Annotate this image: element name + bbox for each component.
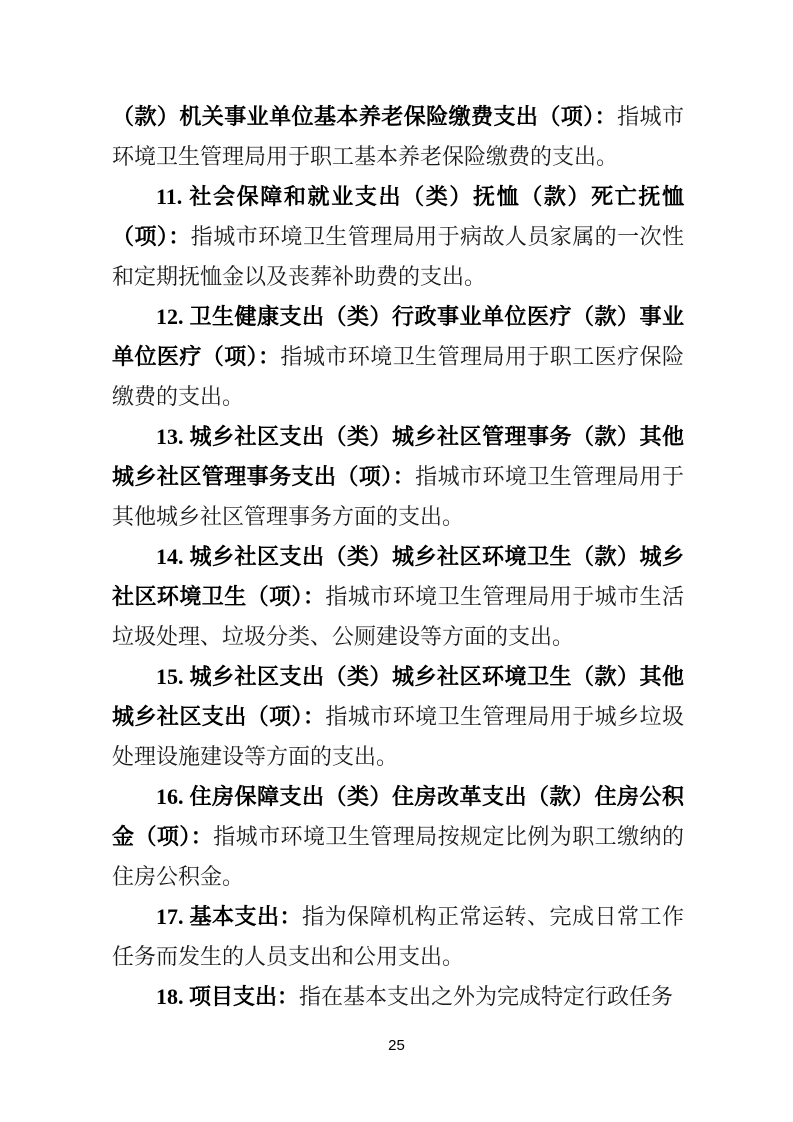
budget-term-18: 18. 项目支出： — [156, 984, 299, 1009]
budget-term-pension: （款）机关事业单位基本养老保险缴费支出（项）： — [112, 104, 617, 129]
page-number: 25 — [0, 1036, 793, 1056]
document-page: （款）机关事业单位基本养老保险缴费支出（项）：指城市环境卫生管理局用于职工基本养… — [0, 0, 793, 1122]
paragraph-item-16: 16. 住房保障支出（类）住房改革支出（款）住房公积金（项）：指城市环境卫生管理… — [112, 777, 684, 897]
budget-definition-18: 指在基本支出之外为完成特定行政任务 — [299, 984, 673, 1009]
paragraph-item-11: 11. 社会保障和就业支出（类）抚恤（款）死亡抚恤（项）：指城市环境卫生管理局用… — [112, 177, 684, 297]
budget-definition-11: 指城市环境卫生管理局用于病故人员家属的一次性和定期抚恤金以及丧葬补助费的支出。 — [112, 224, 684, 289]
paragraph-item-18: 18. 项目支出：指在基本支出之外为完成特定行政任务 — [112, 977, 684, 1017]
paragraph-item-14: 14. 城乡社区支出（类）城乡社区环境卫生（款）城乡社区环境卫生（项）：指城市环… — [112, 537, 684, 657]
paragraph-item-15: 15. 城乡社区支出（类）城乡社区环境卫生（款）其他城乡社区支出（项）：指城市环… — [112, 657, 684, 777]
paragraph-item-17: 17. 基本支出：指为保障机构正常运转、完成日常工作任务而发生的人员支出和公用支… — [112, 897, 684, 977]
paragraph-pension-contribution-continuation: （款）机关事业单位基本养老保险缴费支出（项）：指城市环境卫生管理局用于职工基本养… — [112, 97, 684, 177]
page-content: （款）机关事业单位基本养老保险缴费支出（项）：指城市环境卫生管理局用于职工基本养… — [112, 97, 684, 1017]
paragraph-item-12: 12. 卫生健康支出（类）行政事业单位医疗（款）事业单位医疗（项）：指城市环境卫… — [112, 297, 684, 417]
paragraph-item-13: 13. 城乡社区支出（类）城乡社区管理事务（款）其他城乡社区管理事务支出（项）：… — [112, 417, 684, 537]
budget-term-17: 17. 基本支出： — [156, 904, 302, 929]
